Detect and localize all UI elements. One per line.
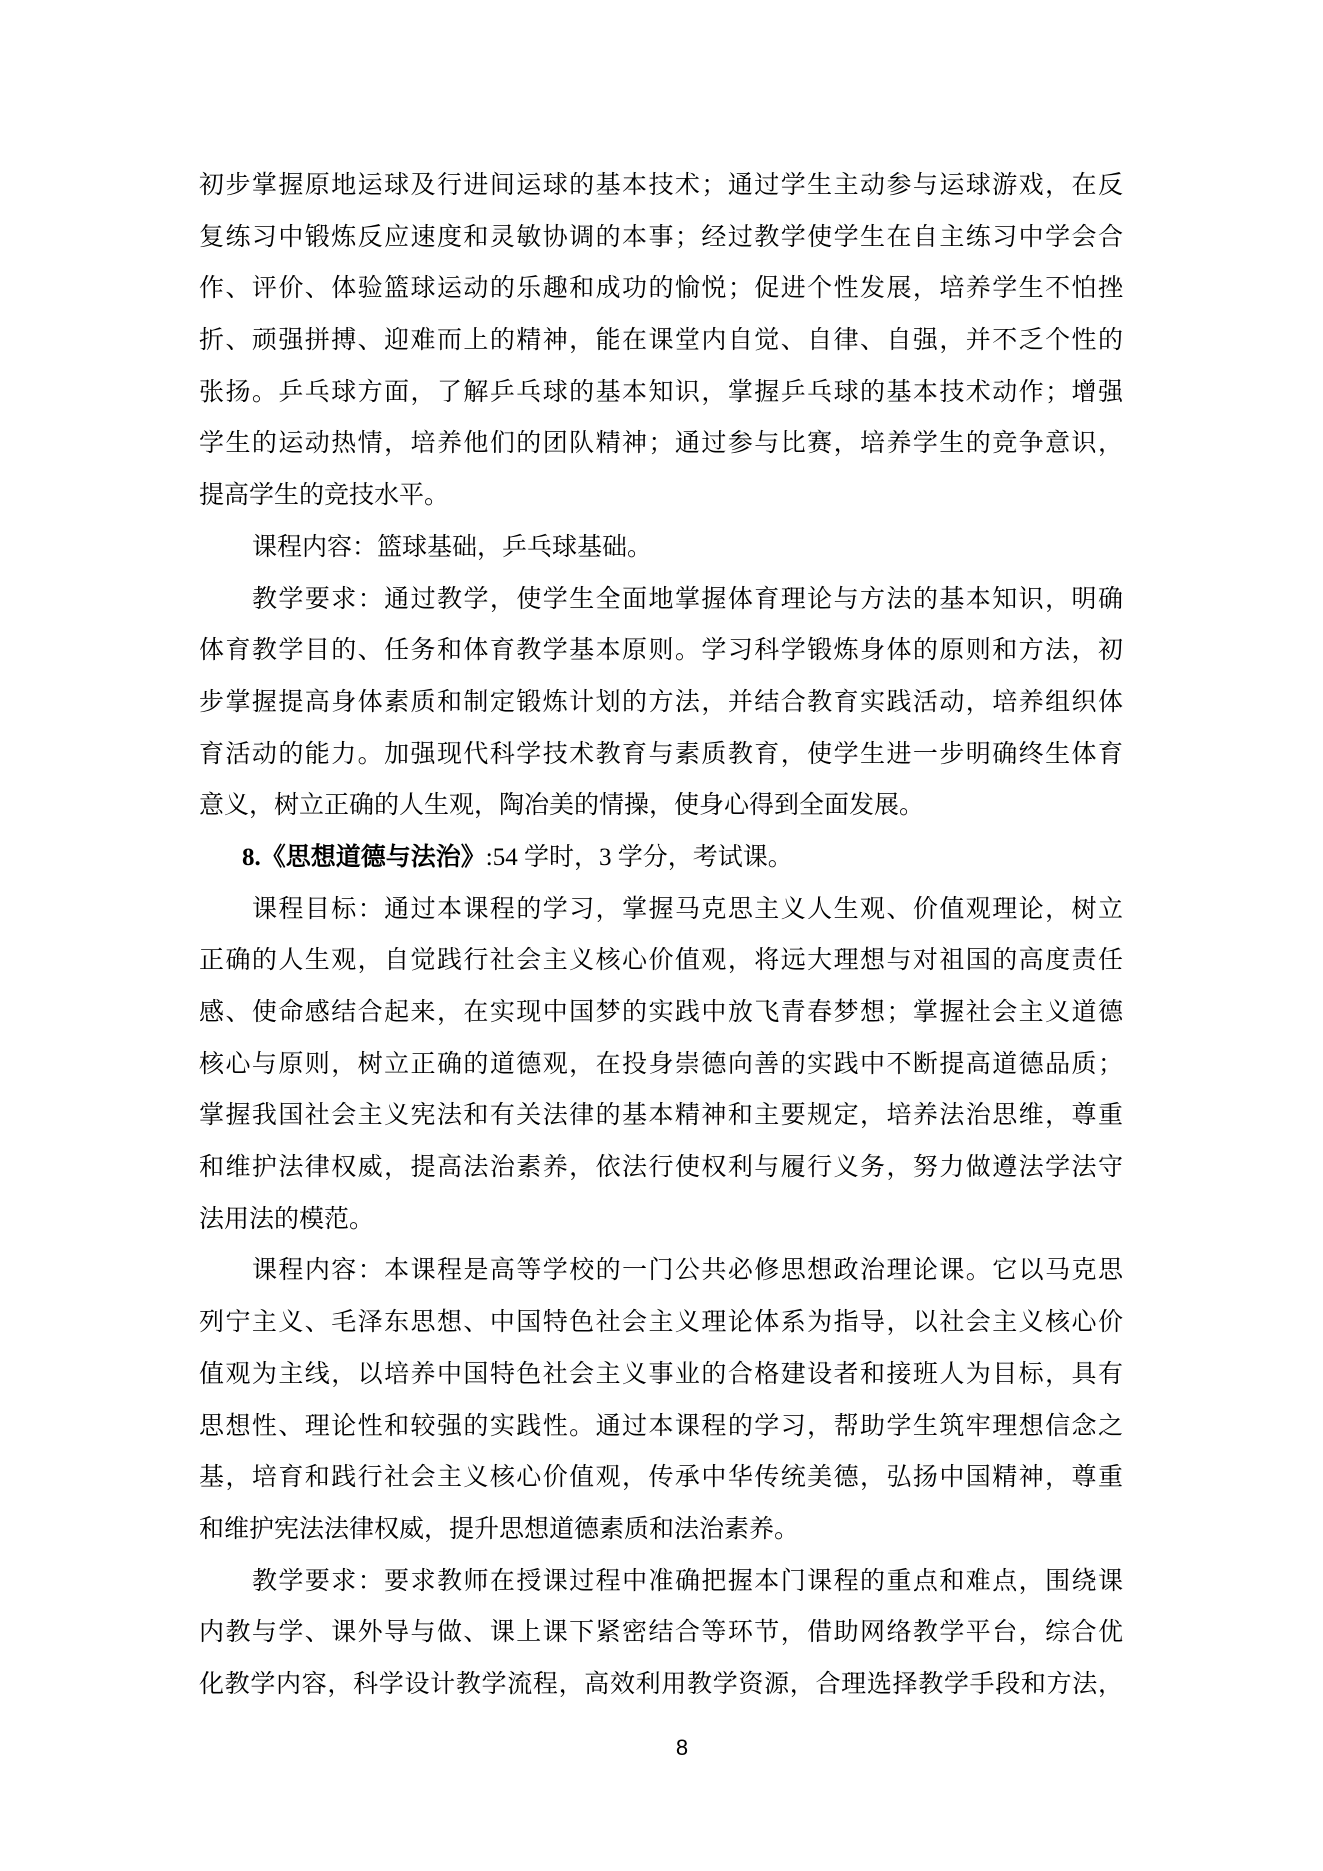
text-line: 法用法的模范。 bbox=[199, 1194, 1123, 1246]
text-line: 和维护宪法法律权威，提升思想道德素质和法治素养。 bbox=[199, 1504, 1123, 1556]
text-segment: 教学要求：通过教学，使学生全面地掌握体育理论与方法的基本知识，明确 bbox=[252, 586, 1123, 613]
text-line: 化教学内容，科学设计教学流程，高效利用教学资源，合理选择教学手段和方法， bbox=[199, 1659, 1123, 1711]
text-segment: 步掌握提高身体素质和制定锻炼计划的方法，并结合教育实践活动，培养组织体 bbox=[199, 689, 1123, 716]
paragraph: 8.《思想道德与法治》:54 学时，3 学分，考试课。 bbox=[199, 832, 1123, 884]
text-segment: 核心与原则，树立正确的道德观，在投身崇德向善的实践中不断提高道德品质； bbox=[199, 1051, 1123, 1078]
text-segment: 教学要求：要求教师在授课过程中准确把握本门课程的重点和难点，围绕课 bbox=[252, 1568, 1123, 1595]
text-segment: :54 学时，3 学分，考试课。 bbox=[486, 844, 793, 871]
text-segment: 法用法的模范。 bbox=[199, 1206, 374, 1233]
text-segment: 育活动的能力。加强现代科学技术教育与素质教育，使学生进一步明确终生体育 bbox=[199, 741, 1123, 768]
text-line: 基，培育和践行社会主义核心价值观，传承中华传统美德，弘扬中国精神，尊重 bbox=[199, 1452, 1123, 1504]
text-segment: 课程目标：通过本课程的学习，掌握马克思主义人生观、价值观理论，树立 bbox=[252, 896, 1123, 923]
text-segment: 内教与学、课外导与做、课上课下紧密结合等环节，借助网络教学平台，综合优 bbox=[199, 1619, 1123, 1646]
course-title-bold: 8.《思想道德与法治》 bbox=[242, 844, 486, 871]
text-segment: 学生的运动热情，培养他们的团队精神；通过参与比赛，培养学生的竞争意识， bbox=[199, 430, 1123, 457]
text-line: 课程目标：通过本课程的学习，掌握马克思主义人生观、价值观理论，树立 bbox=[199, 884, 1123, 936]
text-line: 初步掌握原地运球及行进间运球的基本技术；通过学生主动参与运球游戏，在反 bbox=[199, 160, 1123, 212]
document-body: 初步掌握原地运球及行进间运球的基本技术；通过学生主动参与运球游戏，在反复练习中锻… bbox=[199, 160, 1123, 1711]
text-line: 内教与学、课外导与做、课上课下紧密结合等环节，借助网络教学平台，综合优 bbox=[199, 1607, 1123, 1659]
text-segment: 初步掌握原地运球及行进间运球的基本技术；通过学生主动参与运球游戏，在反 bbox=[199, 172, 1123, 199]
text-segment: 值观为主线，以培养中国特色社会主义事业的合格建设者和接班人为目标，具有 bbox=[199, 1361, 1123, 1388]
text-segment: 思想性、理论性和较强的实践性。通过本课程的学习，帮助学生筑牢理想信念之 bbox=[199, 1413, 1123, 1440]
paragraph: 教学要求：通过教学，使学生全面地掌握体育理论与方法的基本知识，明确体育教学目的、… bbox=[199, 574, 1123, 832]
text-line: 列宁主义、毛泽东思想、中国特色社会主义理论体系为指导，以社会主义核心价 bbox=[199, 1297, 1123, 1349]
text-line: 核心与原则，树立正确的道德观，在投身崇德向善的实践中不断提高道德品质； bbox=[199, 1039, 1123, 1091]
text-segment: 课程内容：篮球基础，乒乓球基础。 bbox=[252, 534, 652, 561]
text-line: 折、顽强拼搏、迎难而上的精神，能在课堂内自觉、自律、自强，并不乏个性的 bbox=[199, 315, 1123, 367]
page-number: 8 bbox=[676, 1735, 688, 1761]
document-page: 初步掌握原地运球及行进间运球的基本技术；通过学生主动参与运球游戏，在反复练习中锻… bbox=[0, 0, 1323, 1871]
text-segment: 基，培育和践行社会主义核心价值观，传承中华传统美德，弘扬中国精神，尊重 bbox=[199, 1464, 1123, 1491]
text-segment: 和维护宪法法律权威，提升思想道德素质和法治素养。 bbox=[199, 1516, 799, 1543]
text-segment: 意义，树立正确的人生观，陶冶美的情操，使身心得到全面发展。 bbox=[199, 792, 924, 819]
text-line: 思想性、理论性和较强的实践性。通过本课程的学习，帮助学生筑牢理想信念之 bbox=[199, 1401, 1123, 1453]
text-segment: 体育教学目的、任务和体育教学基本原则。学习科学锻炼身体的原则和方法，初 bbox=[199, 637, 1123, 664]
paragraph: 课程内容：本课程是高等学校的一门公共必修思想政治理论课。它以马克思列宁主义、毛泽… bbox=[199, 1245, 1123, 1555]
text-line: 教学要求：通过教学，使学生全面地掌握体育理论与方法的基本知识，明确 bbox=[199, 574, 1123, 626]
text-line: 正确的人生观，自觉践行社会主义核心价值观，将远大理想与对祖国的高度责任 bbox=[199, 935, 1123, 987]
text-line: 掌握我国社会主义宪法和有关法律的基本精神和主要规定，培养法治思维，尊重 bbox=[199, 1090, 1123, 1142]
text-segment: 复练习中锻炼反应速度和灵敏协调的本事；经过教学使学生在自主练习中学会合 bbox=[199, 224, 1123, 251]
text-segment: 正确的人生观，自觉践行社会主义核心价值观，将远大理想与对祖国的高度责任 bbox=[199, 947, 1123, 974]
paragraph: 教学要求：要求教师在授课过程中准确把握本门课程的重点和难点，围绕课内教与学、课外… bbox=[199, 1556, 1123, 1711]
text-line: 课程内容：本课程是高等学校的一门公共必修思想政治理论课。它以马克思 bbox=[199, 1245, 1123, 1297]
text-line: 值观为主线，以培养中国特色社会主义事业的合格建设者和接班人为目标，具有 bbox=[199, 1349, 1123, 1401]
text-line: 作、评价、体验篮球运动的乐趣和成功的愉悦；促进个性发展，培养学生不怕挫 bbox=[199, 263, 1123, 315]
text-segment: 作、评价、体验篮球运动的乐趣和成功的愉悦；促进个性发展，培养学生不怕挫 bbox=[199, 275, 1123, 302]
paragraph: 课程目标：通过本课程的学习，掌握马克思主义人生观、价值观理论，树立正确的人生观，… bbox=[199, 884, 1123, 1246]
text-line: 感、使命感结合起来，在实现中国梦的实践中放飞青春梦想；掌握社会主义道德 bbox=[199, 987, 1123, 1039]
text-segment: 提高学生的竞技水平。 bbox=[199, 482, 449, 509]
text-segment: 列宁主义、毛泽东思想、中国特色社会主义理论体系为指导，以社会主义核心价 bbox=[199, 1309, 1123, 1336]
text-line: 8.《思想道德与法治》:54 学时，3 学分，考试课。 bbox=[199, 832, 1123, 884]
text-segment: 折、顽强拼搏、迎难而上的精神，能在课堂内自觉、自律、自强，并不乏个性的 bbox=[199, 327, 1123, 354]
text-line: 意义，树立正确的人生观，陶冶美的情操，使身心得到全面发展。 bbox=[199, 780, 1123, 832]
text-line: 步掌握提高身体素质和制定锻炼计划的方法，并结合教育实践活动，培养组织体 bbox=[199, 677, 1123, 729]
text-segment: 掌握我国社会主义宪法和有关法律的基本精神和主要规定，培养法治思维，尊重 bbox=[199, 1102, 1123, 1129]
text-segment: 化教学内容，科学设计教学流程，高效利用教学资源，合理选择教学手段和方法， bbox=[199, 1671, 1123, 1698]
text-segment: 感、使命感结合起来，在实现中国梦的实践中放飞青春梦想；掌握社会主义道德 bbox=[199, 999, 1123, 1026]
text-segment: 和维护法律权威，提高法治素养，依法行使权利与履行义务，努力做遵法学法守 bbox=[199, 1154, 1123, 1181]
text-line: 课程内容：篮球基础，乒乓球基础。 bbox=[199, 522, 1123, 574]
paragraph: 初步掌握原地运球及行进间运球的基本技术；通过学生主动参与运球游戏，在反复练习中锻… bbox=[199, 160, 1123, 522]
text-line: 和维护法律权威，提高法治素养，依法行使权利与履行义务，努力做遵法学法守 bbox=[199, 1142, 1123, 1194]
text-segment: 课程内容：本课程是高等学校的一门公共必修思想政治理论课。它以马克思 bbox=[252, 1257, 1123, 1284]
text-line: 学生的运动热情，培养他们的团队精神；通过参与比赛，培养学生的竞争意识， bbox=[199, 418, 1123, 470]
text-line: 育活动的能力。加强现代科学技术教育与素质教育，使学生进一步明确终生体育 bbox=[199, 729, 1123, 781]
paragraph: 课程内容：篮球基础，乒乓球基础。 bbox=[199, 522, 1123, 574]
text-line: 复练习中锻炼反应速度和灵敏协调的本事；经过教学使学生在自主练习中学会合 bbox=[199, 212, 1123, 264]
text-segment: 张扬。乒乓球方面，了解乒乓球的基本知识，掌握乒乓球的基本技术动作；增强 bbox=[199, 379, 1123, 406]
text-line: 教学要求：要求教师在授课过程中准确把握本门课程的重点和难点，围绕课 bbox=[199, 1556, 1123, 1608]
text-line: 提高学生的竞技水平。 bbox=[199, 470, 1123, 522]
text-line: 张扬。乒乓球方面，了解乒乓球的基本知识，掌握乒乓球的基本技术动作；增强 bbox=[199, 367, 1123, 419]
text-line: 体育教学目的、任务和体育教学基本原则。学习科学锻炼身体的原则和方法，初 bbox=[199, 625, 1123, 677]
